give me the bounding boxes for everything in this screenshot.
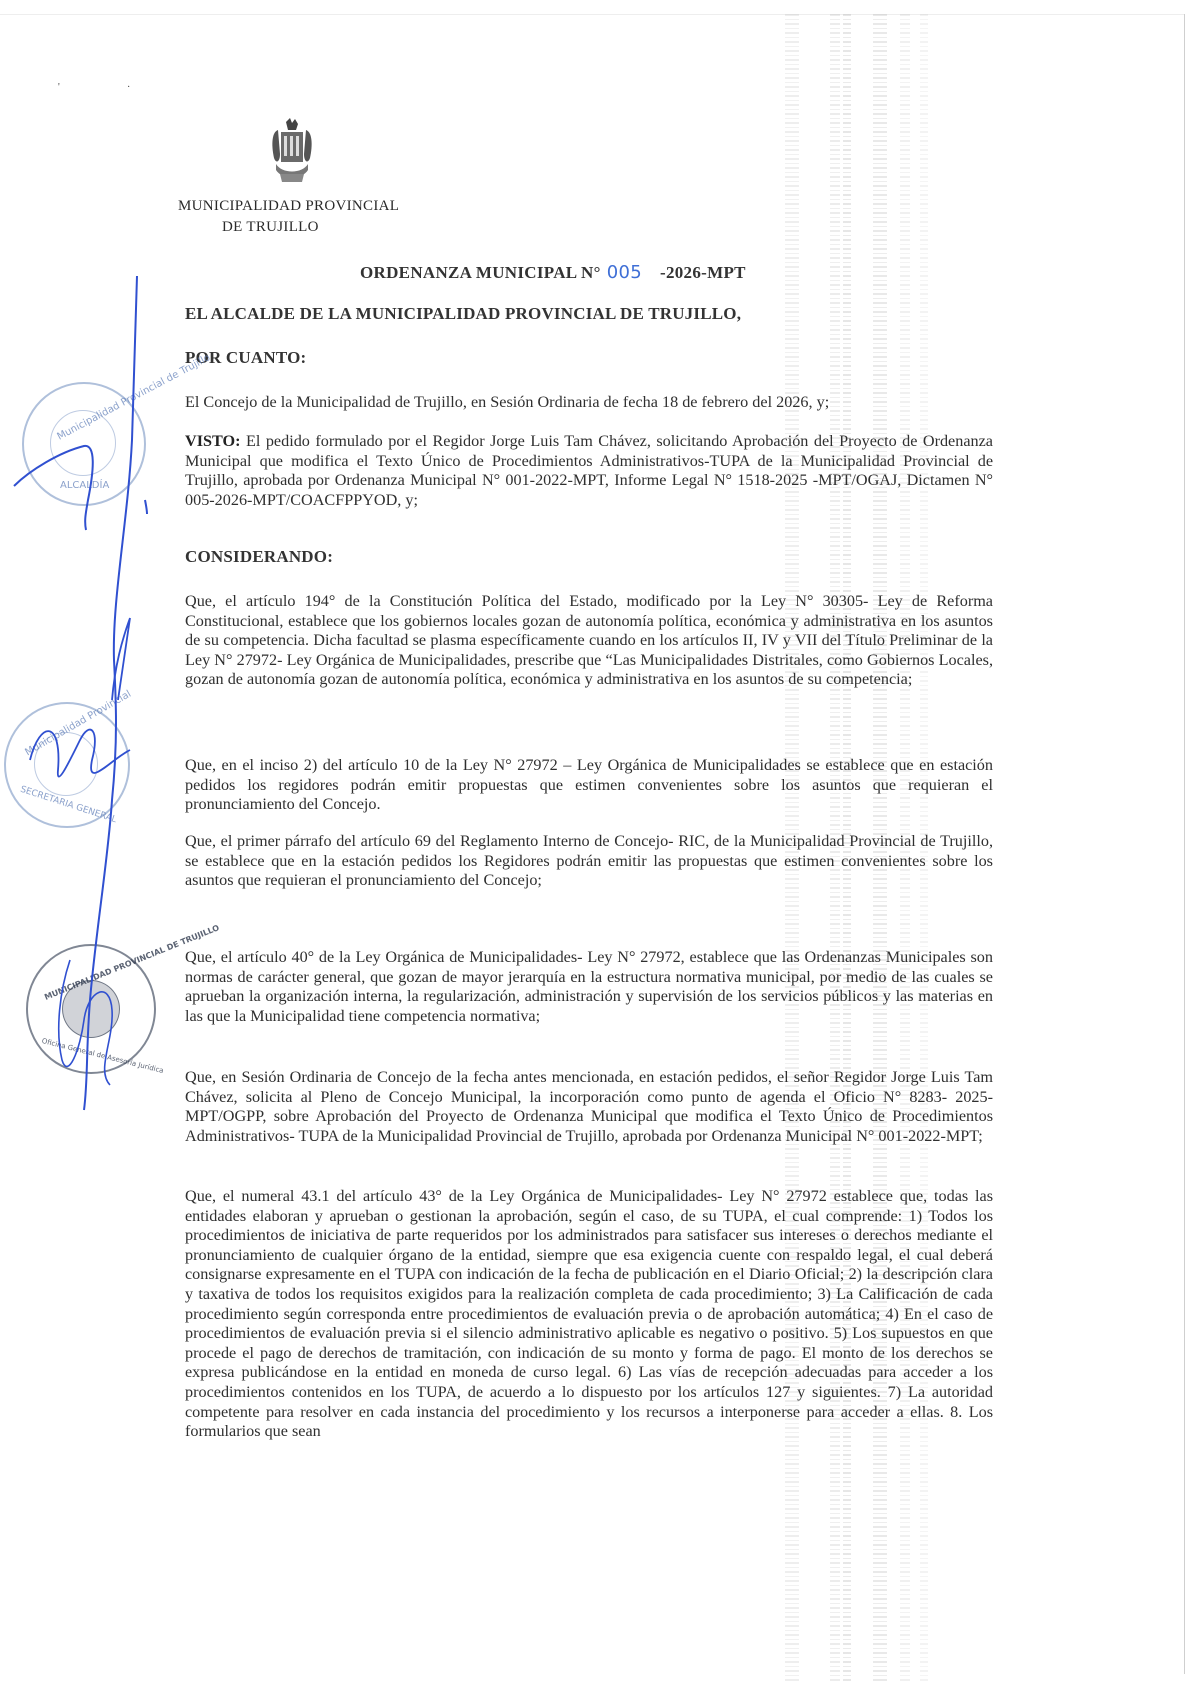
scan-mark: ' [58, 82, 60, 93]
ordinance-title-suffix: -2026-MPT [660, 263, 746, 282]
visto-text: El pedido formulado por el Regidor Jorge… [185, 432, 993, 509]
por-cuanto-text: El Concejo de la Municipalidad de Trujil… [185, 393, 993, 413]
visto-paragraph: VISTO: El pedido formulado por el Regido… [185, 432, 993, 510]
considerando-heading: CONSIDERANDO: [185, 547, 333, 567]
authority-heading: EL ALCALDE DE LA MUNICIPALIDAD PROVINCIA… [185, 304, 741, 324]
considerando-paragraph: Que, el artículo 40° de la Ley Orgánica … [185, 948, 993, 1026]
considerando-paragraph: Que, el primer párrafo del artículo 69 d… [185, 832, 993, 891]
considerando-paragraph: Que, el numeral 43.1 del artículo 43° de… [185, 1187, 993, 1442]
considerando-paragraph: Que, el artículo 194° de la Constitución… [185, 592, 993, 690]
organization-name-line1: MUNICIPALIDAD PROVINCIAL [178, 198, 399, 215]
ordinance-number: 005 [607, 262, 642, 283]
ordinance-title-prefix: ORDENANZA MUNICIPAL N° [360, 263, 601, 282]
page-right-edge [1184, 14, 1185, 1674]
ordinance-title: ORDENANZA MUNICIPAL N°005-2026-MPT [360, 262, 746, 283]
considerando-paragraph: Que, en Sesión Ordinaria de Concejo de l… [185, 1068, 993, 1146]
scan-mark: · [127, 82, 130, 93]
coat-of-arms-icon [268, 118, 316, 184]
visto-label: VISTO: [185, 432, 240, 450]
stamp-text: ALCALDÍA [60, 480, 109, 491]
organization-name-line2: DE TRUJILLO [222, 219, 319, 236]
page-top-edge [0, 14, 1185, 15]
considerando-paragraph: Que, en el inciso 2) del artículo 10 de … [185, 756, 993, 815]
